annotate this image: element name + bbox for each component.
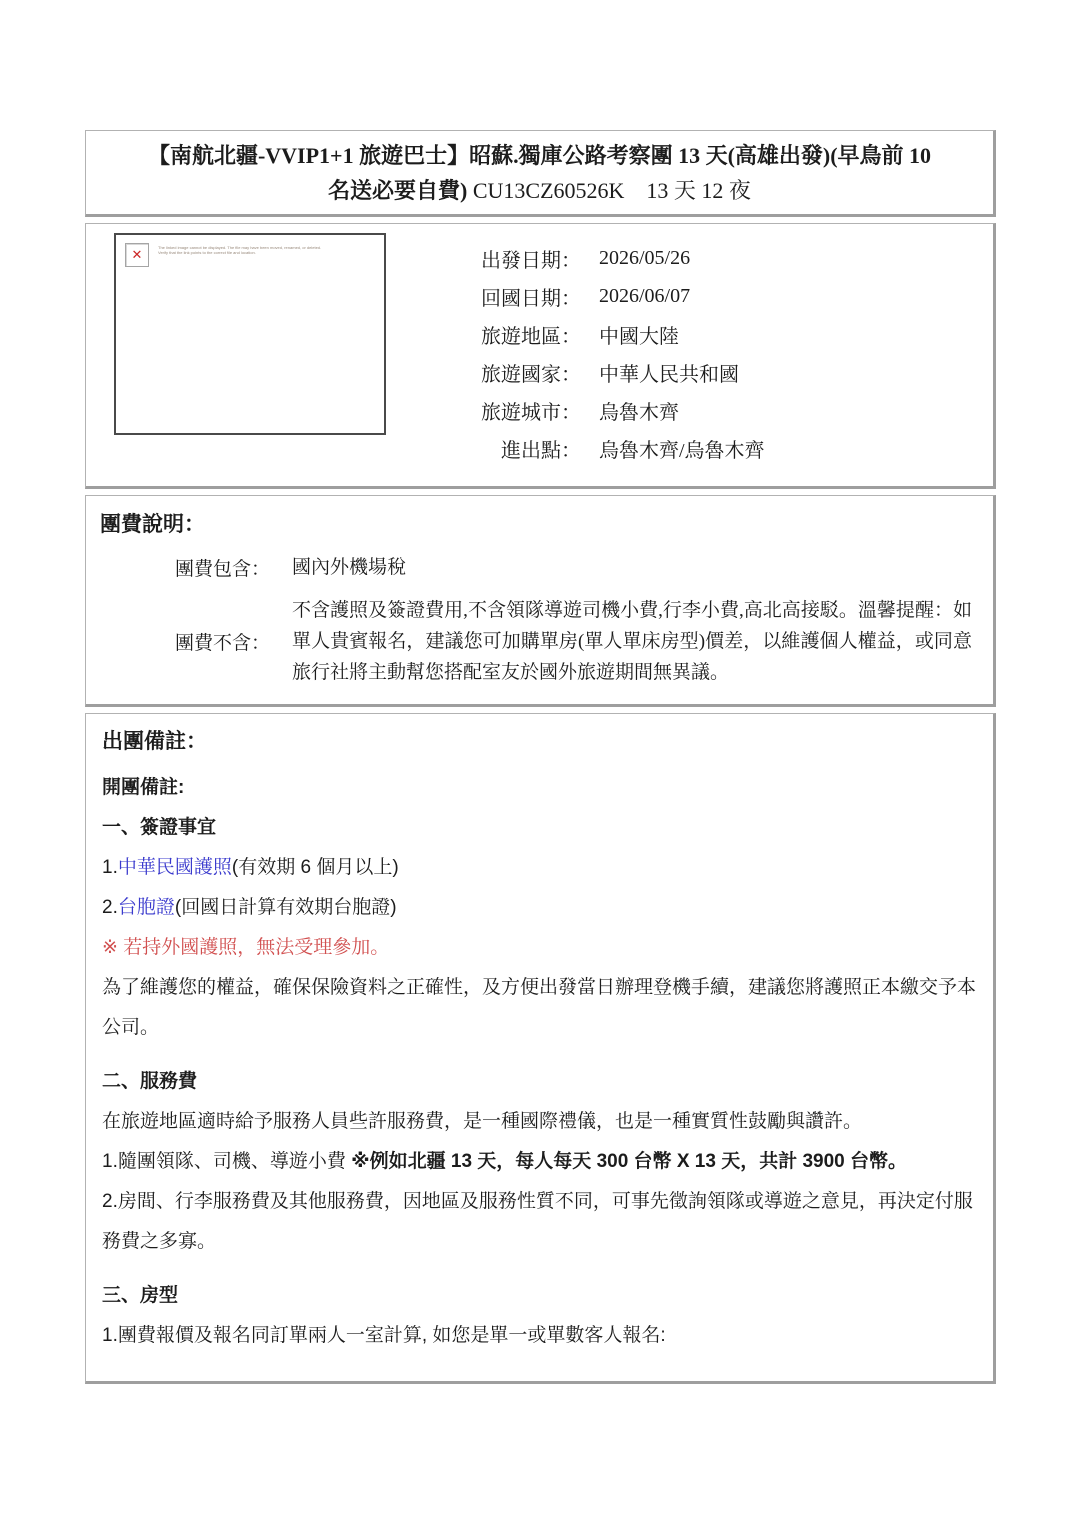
trip-details: 出發日期： 2026/05/26 回國日期： 2026/06/07 旅遊地區： … [481, 239, 765, 467]
table-row: 進出點： 烏魯木齊/烏魯木齊 [481, 429, 765, 467]
tour-title-bold-part1: 【南航北疆-VVIP1+1 旅遊巴士】昭蘇.獨庫公路考察團 13 天(高雄出發)… [148, 143, 931, 168]
notes-sub-heading: 開團備註: [102, 768, 977, 808]
service-fee-item-2: 2.房間、行李服務費及其他服務費，因地區及服務性質不同，可事先徵詢領隊或導遊之意… [102, 1182, 977, 1262]
foreign-passport-warning: ※ 若持外國護照，無法受理參加。 [102, 928, 977, 968]
visa-item-1-note: (有效期 6 個月以上) [232, 857, 399, 878]
table-row: 團費包含： 國內外機場稅 [100, 546, 972, 589]
table-row: 旅遊地區： 中國大陸 [481, 315, 765, 353]
region-value: 中國大陸 [581, 315, 765, 353]
visa-item-2: 2.台胞證(回國日計算有效期台胞證) [102, 888, 977, 928]
tour-title-line1: 【南航北疆-VVIP1+1 旅遊巴士】昭蘇.獨庫公路考察團 13 天(高雄出發)… [98, 138, 981, 173]
city-label: 旅遊城市： [481, 391, 581, 429]
taiwan-compatriot-permit-link[interactable]: 台胞證 [118, 897, 175, 918]
departure-notes-box: 出團備註： 開團備註: 一、簽證事宜 1.中華民國護照(有效期 6 個月以上) … [85, 713, 996, 1384]
tour-title-box: 【南航北疆-VVIP1+1 旅遊巴士】昭蘇.獨庫公路考察團 13 天(高雄出發)… [85, 130, 996, 217]
return-date-value: 2026/06/07 [581, 277, 765, 315]
room-type-heading: 三、房型 [102, 1276, 977, 1316]
fee-exclude-label: 團費不含： [100, 589, 270, 694]
table-row: 團費不含： 不含護照及簽證費用,不含領隊導遊司機小費,行李小費,高北高接駁。溫馨… [100, 589, 972, 694]
service-fee-item-1-text: 1.隨團領隊、司機、導遊小費 [102, 1151, 351, 1172]
table-row: 出發日期： 2026/05/26 [481, 239, 765, 277]
service-fee-heading: 二、服務費 [102, 1062, 977, 1102]
itinerary-page: 【南航北疆-VVIP1+1 旅遊巴士】昭蘇.獨庫公路考察團 13 天(高雄出發)… [0, 0, 1076, 1384]
fee-description-box: 團費說明： 團費包含： 國內外機場稅 團費不含： 不含護照及簽證費用,不含領隊導… [85, 495, 996, 707]
visa-item-2-number: 2. [102, 897, 118, 918]
roc-passport-link[interactable]: 中華民國護照 [118, 857, 232, 878]
fee-include-label: 團費包含： [100, 546, 270, 589]
trip-info-box: ✕ The linked image cannot be displayed. … [85, 223, 996, 489]
trip-details-table: 出發日期： 2026/05/26 回國日期： 2026/06/07 旅遊地區： … [481, 239, 765, 467]
entry-exit-value: 烏魯木齊/烏魯木齊 [581, 429, 765, 467]
city-value: 烏魯木齊 [581, 391, 765, 429]
country-label: 旅遊國家： [481, 353, 581, 391]
entry-exit-label: 進出點： [481, 429, 581, 467]
visa-section-heading: 一、簽證事宜 [102, 808, 977, 848]
table-row: 回國日期： 2026/06/07 [481, 277, 765, 315]
tour-title-bold-part2: 名送必要自費) [328, 178, 467, 203]
tour-image-placeholder: ✕ The linked image cannot be displayed. … [114, 233, 386, 435]
tour-code-and-duration: CU13CZ60526K 13 天 12 夜 [467, 178, 751, 203]
fee-section-heading: 團費說明： [100, 508, 979, 538]
tour-title-line2: 名送必要自費) CU13CZ60526K 13 天 12 夜 [98, 173, 981, 208]
visa-item-1: 1.中華民國護照(有效期 6 個月以上) [102, 848, 977, 888]
country-value: 中華人民共和國 [581, 353, 765, 391]
service-fee-intro: 在旅遊地區適時給予服務人員些許服務費，是一種國際禮儀，也是一種實質性鼓勵與讚許。 [102, 1102, 977, 1142]
departure-date-value: 2026/05/26 [581, 239, 765, 277]
broken-image-alt-text: The linked image cannot be displayed. Th… [158, 245, 328, 255]
departure-date-label: 出發日期： [481, 239, 581, 277]
return-date-label: 回國日期： [481, 277, 581, 315]
visa-item-1-number: 1. [102, 857, 118, 878]
service-fee-item-1-example: ※例如北疆 13 天，每人每天 300 台幣 X 13 天，共計 3900 台幣… [351, 1151, 907, 1172]
table-row: 旅遊國家： 中華人民共和國 [481, 353, 765, 391]
fee-include-value: 國內外機場稅 [270, 546, 972, 589]
service-fee-item-1: 1.隨團領隊、司機、導遊小費 ※例如北疆 13 天，每人每天 300 台幣 X … [102, 1142, 977, 1182]
notes-section-heading: 出團備註： [102, 726, 977, 756]
passport-submission-note: 為了維護您的權益，確保保險資料之正確性，及方便出發當日辦理登機手續，建議您將護照… [102, 968, 977, 1048]
room-type-item-1: 1.團費報價及報名同訂單兩人一室計算, 如您是單一或單數客人報名: [102, 1316, 977, 1356]
broken-image-icon: ✕ [125, 243, 149, 267]
fee-table: 團費包含： 國內外機場稅 團費不含： 不含護照及簽證費用,不含領隊導遊司機小費,… [100, 546, 972, 694]
table-row: 旅遊城市： 烏魯木齊 [481, 391, 765, 429]
fee-exclude-value: 不含護照及簽證費用,不含領隊導遊司機小費,行李小費,高北高接駁。溫馨提醒：如單人… [270, 589, 972, 694]
visa-item-2-note: (回國日計算有效期台胞證) [175, 897, 397, 918]
region-label: 旅遊地區： [481, 315, 581, 353]
